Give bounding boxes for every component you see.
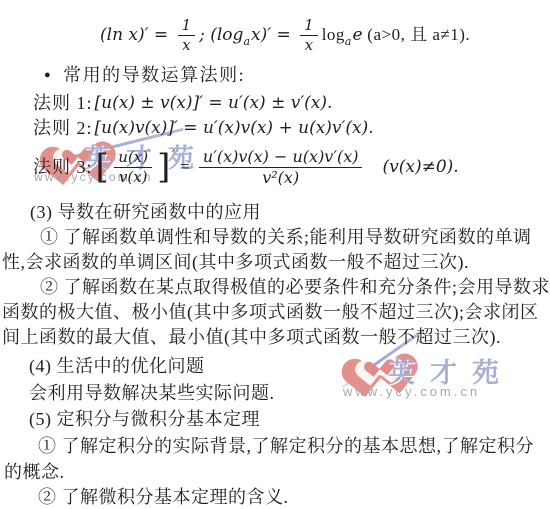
fraction-numerator: 1 bbox=[300, 17, 318, 36]
paragraph-line: 函数的极大值、极小值(其中多项式函数一般不超过三次);会求闭区 bbox=[2, 301, 539, 323]
formula-log-derivative: (ln x)′ = 1 x ; (log a x)′ = 1 x log a e… bbox=[100, 12, 470, 58]
log-base-subscript: a bbox=[345, 31, 352, 53]
fraction-numerator: u′(x)v(x) − u(x)v′(x) bbox=[199, 148, 363, 168]
formula-segment: ; (log bbox=[199, 24, 243, 46]
rule3-condition: (v(x)≠0). bbox=[382, 156, 458, 178]
fraction-denominator: v(x) bbox=[119, 168, 148, 186]
formula-segment: e bbox=[352, 24, 362, 46]
section3-title: (3) 导数在研究函数中的应用 bbox=[30, 201, 261, 223]
fraction-denominator: x bbox=[182, 36, 190, 54]
left-bracket: [ bbox=[96, 150, 110, 184]
paragraph-line: 性,会求函数的单调区间(其中多项式函数一般不超过三次). bbox=[2, 251, 469, 273]
bullet-icon: ● bbox=[44, 64, 51, 86]
paragraph-line: 会利用导数解决某些实际问题. bbox=[29, 382, 275, 404]
result-fraction: u′(x)v(x) − u(x)v′(x) v²(x) bbox=[199, 148, 363, 187]
document-page: 英才苑 www.ycy.com.cn 英才苑 www.ycy.com.cn (l… bbox=[0, 0, 550, 509]
fraction-one-over-x: 1 x bbox=[300, 17, 318, 54]
fraction-denominator: v²(x) bbox=[262, 168, 299, 187]
paragraph-line: 的概念. bbox=[4, 461, 65, 483]
paragraph-line: ② 了解函数在某点取得极值的必要条件和充分条件;会用导数求 bbox=[40, 276, 550, 298]
formula-condition: (a>0, 且 a≠1). bbox=[363, 24, 471, 46]
paragraph-line: 间上函数的最大值、最小值(其中多项式函数一般不超过三次). bbox=[2, 326, 501, 348]
watermark-url-text: www.ycy.com.cn bbox=[343, 384, 480, 399]
formula-segment: (ln x)′ = bbox=[100, 24, 174, 46]
equals-sign: = bbox=[180, 156, 190, 178]
rule2-formula: [u(x)v(x)]′ = u′(x)v(x) + u(x)v′(x). bbox=[95, 117, 374, 139]
quotient-fraction: u(x) v(x) bbox=[114, 149, 152, 186]
rule3-label: 法则 3: bbox=[33, 156, 93, 178]
paragraph-line: ① 了解定积分的实际背景,了解定积分的基本思想,了解定积分 bbox=[38, 435, 534, 457]
rule3-row: 法则 3: [ u(x) v(x) ] ′ = u′(x)v(x) − u(x)… bbox=[33, 142, 459, 192]
prime-mark: ′ bbox=[172, 145, 175, 167]
log-base-subscript: a bbox=[243, 31, 250, 53]
heart-core-icon bbox=[368, 353, 390, 373]
rule2-label: 法则 2: bbox=[33, 117, 93, 139]
heading-derivative-rules: 常用的导数运算法则: bbox=[63, 64, 245, 86]
fraction-numerator: 1 bbox=[178, 17, 196, 36]
rule1-row: 法则 1: [u(x) ± v(x)]′ = u′(x) ± v′(x). bbox=[33, 92, 332, 114]
fraction-denominator: x bbox=[305, 36, 313, 54]
formula-segment: log bbox=[322, 24, 345, 46]
paragraph-line: ② 了解微积分基本定理的含义. bbox=[38, 486, 289, 508]
section4-title: (4) 生活中的优化问题 bbox=[29, 355, 205, 377]
rule2-row: 法则 2: [u(x)v(x)]′ = u′(x)v(x) + u(x)v′(x… bbox=[33, 117, 374, 139]
fraction-one-over-x: 1 x bbox=[178, 17, 196, 54]
section5-title: (5) 定积分与微积分基本定理 bbox=[29, 408, 260, 430]
rule1-formula: [u(x) ± v(x)]′ = u′(x) ± v′(x). bbox=[95, 92, 333, 114]
fraction-numerator: u(x) bbox=[114, 149, 152, 168]
paragraph-line: ① 了解函数单调性和导数的关系;能利用导数研究函数的单调 bbox=[40, 226, 532, 248]
right-bracket: ] bbox=[157, 150, 171, 184]
formula-segment: x)′ = bbox=[251, 24, 296, 46]
bullet-heading: ● 常用的导数运算法则: bbox=[44, 64, 245, 86]
rule1-label: 法则 1: bbox=[33, 92, 93, 114]
